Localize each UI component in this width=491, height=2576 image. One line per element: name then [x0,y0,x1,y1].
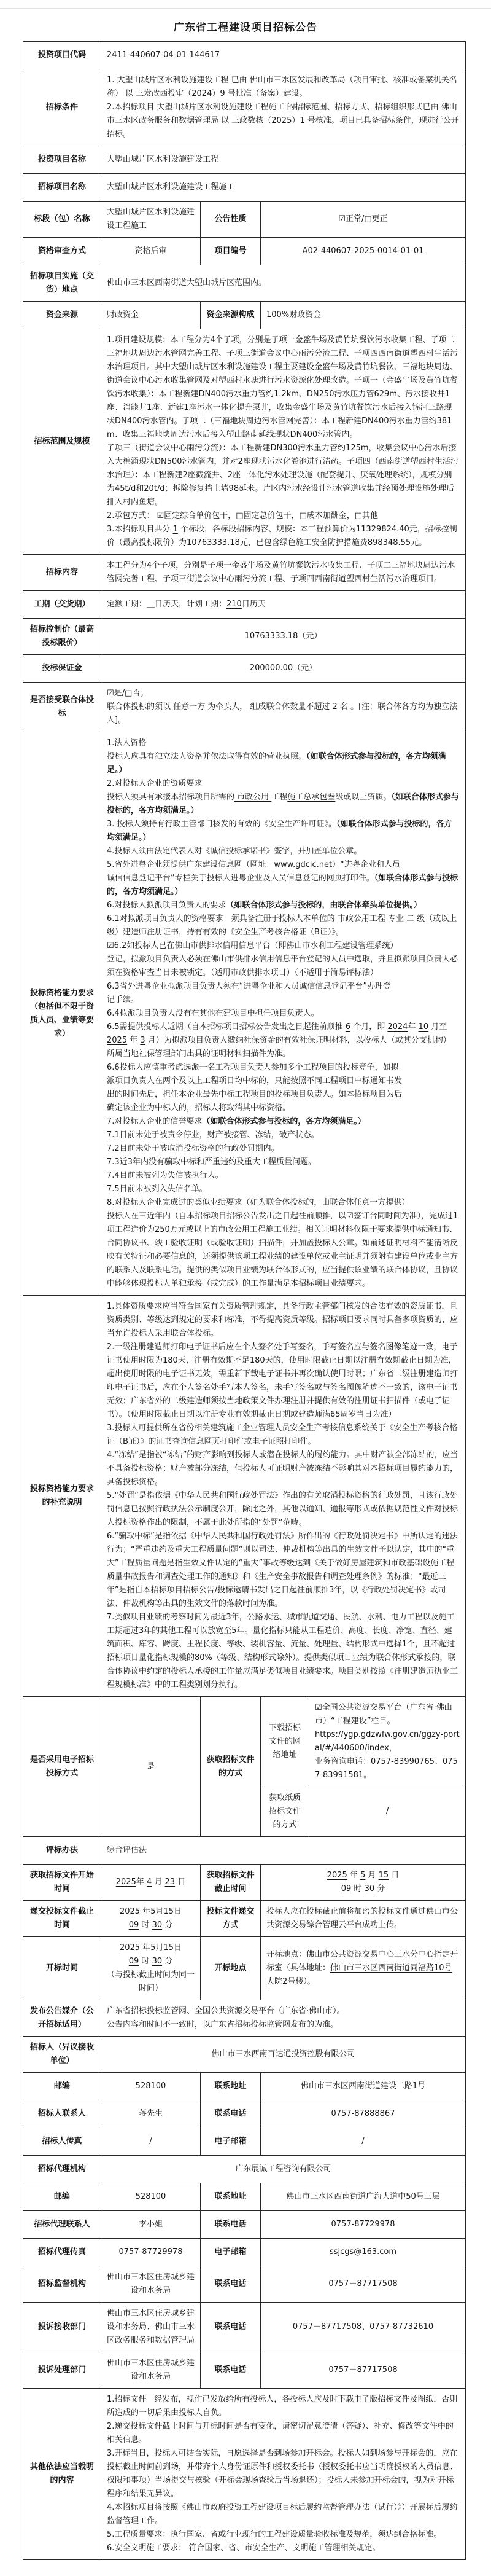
project-code-value: 2411-440607-04-01-144617 [101,42,466,69]
funding-composition-value: 100%财政资金 [261,302,466,329]
electronic-bidding-label: 是否采用电子招标投标方式 [23,1697,101,1837]
table-row: 招标代理联系人 李小姐 联系电话 0757-87729978 [23,2211,466,2239]
submission-method-label: 投标文件递交方式 [201,1901,261,1937]
table-row: 其他依法应当载明的内容 1.招标文件一经发布，视作已发放给所有投标人，各投标人应… [23,2389,466,2560]
table-row: 招标项目名称 大塱山城片区水利设施建设工程施工 [23,174,466,202]
agency-value: 广东展诚工程咨询有限公司 [101,2156,466,2183]
control-price-value: 10763333.18（元） [101,619,466,655]
tenderer-zip-value: 528100 [101,2073,201,2100]
submission-method-value: 投标人应在投标截止前将加密的投标文件通过佛山市公共资源交易综合管理云平台成功上传… [261,1901,466,1937]
table-row: 递交投标文件截止时间 2025 年5月15日 09 时 30 分 投标文件递交方… [23,1901,466,1937]
supervisor-label: 招标监督机构 [23,2266,101,2303]
qualification-method-value: 资格后审 [101,238,201,265]
duration-label: 工期（交货期） [23,591,101,619]
agency-address-label: 联系地址 [201,2183,261,2211]
tenderer-label: 招标人（异议接收单位） [23,2037,101,2073]
supervisor-phone-label: 联系电话 [201,2266,261,2303]
complaint-handling-label: 投诉处理部门 [23,2352,101,2389]
doc-start-time-label: 获取招标文件开始时间 [23,1865,101,1901]
supplementary-notes-value: 1.具体资质要求应当符合国家有关资质管理规定，具备行政主管部门核发的合法有效的资… [101,1296,466,1697]
project-code-label: 投资项目代码 [23,42,101,69]
table-row: 招标条件 1. 大塱山城片区水利设施建设工程 已由 佛山市三水区发展和改革局（项… [23,69,466,146]
qualification-requirements-value: 1.法人资格 投标人应具有独立法人资格并依法取得有效的营业执照。（如联合体形式参… [101,732,466,1296]
complaint-handling-phone-value: 0757－87717508 [261,2352,466,2389]
doc-deadline-label: 获取招标文件截止时间 [201,1865,261,1901]
table-row: 招标控制价（最高投标限价） 10763333.18（元） [23,619,466,655]
agency-address-value: 佛山市三水区西南街道广海大道中50号三层 [261,2183,466,2211]
other-content-label: 其他依法应当载明的内容 [23,2389,101,2560]
table-row: 发布公告媒介（公开招标适用） 广东省招标投标监管网、全国公共资源交易平台（广东省… [23,2000,466,2037]
tenderer-contact-value: 蒋先生 [101,2100,201,2128]
table-row: 招标代理机构 广东展诚工程咨询有限公司 [23,2156,466,2183]
table-row: 投诉接收部门 佛山市三水区住房城乡建设和水务局、佛山市三水区政务服务和数据管理局… [23,2303,466,2352]
delivery-location-value: 佛山市三水区西南街道大塱山城片区范围内。 [101,265,466,302]
supplementary-notes-label: 投标资格能力要求的补充说明 [23,1296,101,1697]
table-row: 标段（包）名称 大塱山城片区水利设施建设工程施工 公告性质 ☑正常/□更正 [23,202,466,238]
notice-nature-value: ☑正常/□更正 [261,202,466,238]
announcement-media-value: 广东省招标投标监管网、全国公共资源交易平台（广东省·佛山市）。 公告内容和时间不… [101,2000,466,2037]
table-row: 评标办法 综合评估法 [23,1837,466,1865]
agency-email-value: ssjcgs@163.com [261,2239,466,2266]
tenderer-address-label: 联系地址 [201,2073,261,2100]
table-row: 招标人联系人 蒋先生 联系电话 0757-87888867 [23,2100,466,2128]
table-row: 投标资格能力要求（包括但不限于资质人员、业绩等要求） 1.法人资格 投标人应具有… [23,732,466,1296]
agency-fax-label: 招标代理传真 [23,2239,101,2266]
tenderer-email-value: / [261,2128,466,2156]
submission-deadline-label: 递交投标文件截止时间 [23,1901,101,1937]
project-number-value: A02-440607-2025-0014-01-01 [261,238,466,265]
download-address-label: 下载招标文件的网络地址 [261,1697,309,1787]
agency-contact-label: 招标代理联系人 [23,2211,101,2239]
electronic-bidding-value: 是 [101,1697,201,1837]
table-row: 工期（交货期） 定额工期：＿日历天，计划工期：210日历天 [23,591,466,619]
page-title: 广东省工程建设项目招标公告 [0,18,491,34]
complaint-receiving-phone-label: 联系电话 [201,2303,261,2352]
complaint-receiving-phone-value: 0757－87717508、0757-87732610 [261,2303,466,2352]
opening-time-label: 开标时间 [23,1937,101,2000]
paper-documents-label: 获取纸质招标文件的方式 [261,1787,309,1837]
table-row: 开标时间 2025 年5月15日 09 时 30 分 （与投标截止时间为同一 时… [23,1937,466,2000]
complaint-handling-value: 佛山市三水区住房城乡建设和水务局 [101,2352,201,2389]
delivery-location-label: 招标项目实施（交货）地点 [23,265,101,302]
complaint-receiving-value: 佛山市三水区住房城乡建设和水务局、佛山市三水区政务服务和数据管理局 [101,2303,201,2352]
tender-conditions-label: 招标条件 [23,69,101,146]
funding-source-label: 资金来源 [23,302,101,329]
announcement-media-label: 发布公告媒介（公开招标适用） [23,2000,101,2037]
qualification-method-label: 资格审查方式 [23,238,101,265]
tenderer-fax-value: / [101,2128,201,2156]
paper-documents-value: / [309,1787,466,1837]
tenderer-email-label: 电子邮箱 [201,2128,261,2156]
tender-scope-value: 1.项目建设规模：本工程分为4个子项，分别是子项一金盛牛场及黄竹坑餐饮污水收集工… [101,329,466,555]
complaint-receiving-label: 投诉接收部门 [23,2303,101,2352]
tender-conditions-value: 1. 大塱山城片区水利设施建设工程 已由 佛山市三水区发展和改革局（项目审批、核… [101,69,466,146]
table-row: 招标项目实施（交货）地点 佛山市三水区西南街道大塱山城片区范围内。 [23,265,466,302]
table-row: 投资项目代码 2411-440607-04-01-144617 [23,42,466,69]
tenderer-address-value: 佛山市三水区西南街道建设二路1号 [261,2073,466,2100]
submission-deadline-value: 2025 年5月15日 09 时 30 分 [101,1901,201,1937]
table-row: 招标内容 本工程分为4个子项，分别是子项一金盛牛场及黄竹坑餐饮污水收集工程、子项… [23,555,466,591]
tender-content-value: 本工程分为4个子项，分别是子项一金盛牛场及黄竹坑餐饮污水收集工程、子项二三福地块… [101,555,466,591]
agency-phone-label: 联系电话 [201,2211,261,2239]
consortium-value: ☑是/□否。 联合体投标的须以 任意一方 为牵头人， 组成联合体数量不超过 2 … [101,683,466,732]
tenderer-fax-label: 招标人传真 [23,2128,101,2156]
table-row: 投资项目名称 大塱山城片区水利设施建设工程 [23,146,466,174]
table-row: 资格审查方式 资格后审 项目编号 A02-440607-2025-0014-01… [23,238,466,265]
obtain-documents-label: 获取招标文件的方式 [201,1697,261,1837]
tenderer-phone-label: 联系电话 [201,2100,261,2128]
opening-time-value: 2025 年5月15日 09 时 30 分 （与投标截止时间为同一 时间） [101,1937,201,2000]
table-row: 邮编 528100 联系地址 佛山市三水区西南街道建设二路1号 [23,2073,466,2100]
opening-place-value: 开标地点：佛山市公共资源交易中心三水分中心指定开标室（具体地址：佛山市三水区西南… [261,1937,466,2000]
investment-name-label: 投资项目名称 [23,146,101,174]
table-row: 招标人（异议接收单位） 佛山市三水西南百达通投资控股有限公司 [23,2037,466,2073]
doc-start-time-value: 2025年 4 月 23 日 [101,1865,201,1901]
table-row: 邮编 528100 联系地址 佛山市三水区西南街道广海大道中50号三层 [23,2183,466,2211]
agency-zip-value: 528100 [101,2183,201,2211]
consortium-label: 是否接受联合体投标 [23,683,101,732]
table-row: 资金来源 财政资金 资金来源构成 100%财政资金 [23,302,466,329]
complaint-handling-phone-label: 联系电话 [201,2352,261,2389]
evaluation-method-value: 综合评估法 [101,1837,466,1865]
table-row: 投诉处理部门 佛山市三水区住房城乡建设和水务局 联系电话 0757－877175… [23,2352,466,2389]
tender-content-label: 招标内容 [23,555,101,591]
tender-announcement-table: 投资项目代码 2411-440607-04-01-144617 招标条件 1. … [23,41,466,2560]
funding-source-value: 财政资金 [101,302,201,329]
tenderer-value: 佛山市三水西南百达通投资控股有限公司 [101,2037,466,2073]
table-row: 招标监督机构 佛山市三水区住房城乡建设和水务局 联系电话 0757－877175… [23,2266,466,2303]
table-row: 是否接受联合体投标 ☑是/□否。 联合体投标的须以 任意一方 为牵头人， 组成联… [23,683,466,732]
funding-composition-label: 资金来源构成 [201,302,261,329]
doc-deadline-value: 2025 年 5 月 15 日 09 时 30 分 [261,1865,466,1901]
opening-place-label: 开标地点 [201,1937,261,2000]
table-row: 获取招标文件开始时间 2025年 4 月 23 日 获取招标文件截止时间 202… [23,1865,466,1901]
tender-scope-label: 招标范围及规模 [23,329,101,555]
table-row: 投标保证金 200000.00（元） [23,655,466,683]
agency-fax-value: 0757-87729978 [101,2239,201,2266]
table-row: 是否采用电子招标投标方式 是 获取招标文件的方式 下载招标文件的网络地址 ☑全国… [23,1697,466,1787]
table-row: 招标范围及规模 1.项目建设规模：本工程分为4个子项，分别是子项一金盛牛场及黄竹… [23,329,466,555]
tender-name-value: 大塱山城片区水利设施建设工程施工 [101,174,466,202]
notice-nature-label: 公告性质 [201,202,261,238]
window-top-strip [0,0,491,9]
table-row: 投标资格能力要求的补充说明 1.具体资质要求应当符合国家有关资质管理规定，具备行… [23,1296,466,1697]
agency-zip-label: 邮编 [23,2183,101,2211]
qualification-requirements-label: 投标资格能力要求（包括但不限于资质人员、业绩等要求） [23,732,101,1296]
control-price-label: 招标控制价（最高投标限价） [23,619,101,655]
other-content-value: 1.招标文件一经发布，视作已发放给所有投标人，各投标人应及时下载电子版招标文件及… [101,2389,466,2560]
duration-value: 定额工期：＿日历天，计划工期：210日历天 [101,591,466,619]
table-row: 招标人传真 / 电子邮箱 / [23,2128,466,2156]
agency-contact-value: 李小姐 [101,2211,201,2239]
bid-bond-label: 投标保证金 [23,655,101,683]
agency-email-label: 电子邮箱 [201,2239,261,2266]
tenderer-phone-value: 0757-87888867 [261,2100,466,2128]
evaluation-method-label: 评标办法 [23,1837,101,1865]
bid-bond-value: 200000.00（元） [101,655,466,683]
download-address-value: ☑全国公共资源交易平台（广东省·佛山市）“工程建设”栏目。 https://yg… [309,1697,466,1787]
project-number-label: 项目编号 [201,238,261,265]
agency-phone-value: 0757-87729978 [261,2211,466,2239]
supervisor-value: 佛山市三水区住房城乡建设和水务局 [101,2266,201,2303]
section-name-label: 标段（包）名称 [23,202,101,238]
tenderer-zip-label: 邮编 [23,2073,101,2100]
supervisor-phone-value: 0757－87717508 [261,2266,466,2303]
tender-name-label: 招标项目名称 [23,174,101,202]
investment-name-value: 大塱山城片区水利设施建设工程 [101,146,466,174]
section-name-value: 大塱山城片区水利设施建设工程施工 [101,202,201,238]
table-row: 招标代理传真 0757-87729978 电子邮箱 ssjcgs@163.com [23,2239,466,2266]
tenderer-contact-label: 招标人联系人 [23,2100,101,2128]
agency-label: 招标代理机构 [23,2156,101,2183]
